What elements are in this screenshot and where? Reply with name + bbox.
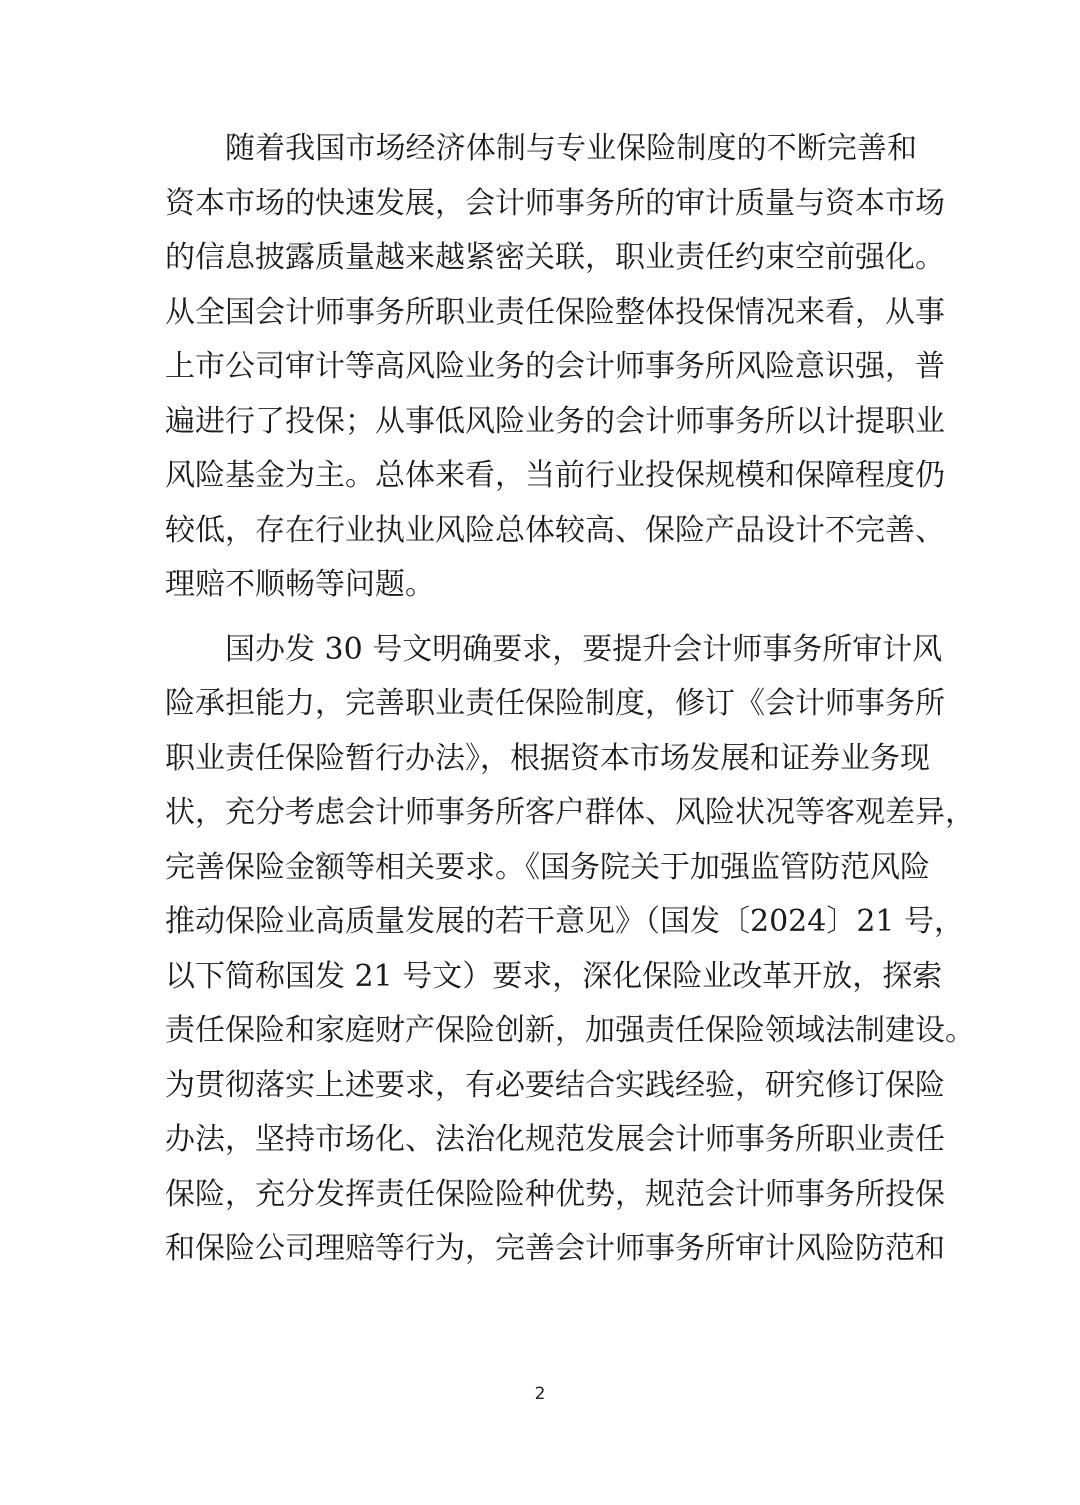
text-line: 较低，存在行业执业风险总体较高、保险产品设计不完善、	[165, 504, 917, 559]
text-line: 职业责任保险暂行办法》，根据资本市场发展和证券业务现	[165, 732, 917, 787]
text-line: 风险基金为主。总体来看，当前行业投保规模和保障程度仍	[165, 449, 917, 504]
text-line: 上市公司审计等高风险业务的会计师事务所风险意识强，普	[165, 340, 917, 395]
text-line: 和保险公司理赔等行为，完善会计师事务所审计风险防范和	[165, 1222, 917, 1277]
text-line: 随着我国市场经济体制与专业保险制度的不断完善和	[165, 122, 917, 177]
text-line: 以下简称国发 21 号文）要求，深化保险业改革开放，探索	[165, 950, 917, 1005]
text-line: 完善保险金额等相关要求。《国务院关于加强监管防范风险	[165, 841, 917, 896]
text-line: 的信息披露质量越来越紧密关联，职业责任约束空前强化。	[165, 231, 917, 286]
text-line: 状，充分考虑会计师事务所客户群体、风险状况等客观差异，	[165, 786, 917, 841]
text-line: 资本市场的快速发展，会计师事务所的审计质量与资本市场	[165, 177, 917, 232]
paragraph-1: 随着我国市场经济体制与专业保险制度的不断完善和 资本市场的快速发展，会计师事务所…	[165, 122, 917, 613]
text-line: 推动保险业高质量发展的若干意见》（国发〔2024〕21 号，	[165, 895, 917, 950]
text-line: 为贯彻落实上述要求，有必要结合实践经验，研究修订保险	[165, 1059, 917, 1114]
text-line: 保险，充分发挥责任保险险种优势，规范会计师事务所投保	[165, 1168, 917, 1223]
text-line: 险承担能力，完善职业责任保险制度，修订《会计师事务所	[165, 677, 917, 732]
paragraph-spacing	[165, 613, 917, 623]
text-line: 国办发 30 号文明确要求，要提升会计师事务所审计风	[165, 623, 917, 678]
text-line: 理赔不顺畅等问题。	[165, 558, 917, 613]
text-line: 办法，坚持市场化、法治化规范发展会计师事务所职业责任	[165, 1113, 917, 1168]
document-body: 随着我国市场经济体制与专业保险制度的不断完善和 资本市场的快速发展，会计师事务所…	[165, 122, 917, 1277]
text-line: 责任保险和家庭财产保险创新，加强责任保险领域法制建设。	[165, 1004, 917, 1059]
text-line: 遍进行了投保；从事低风险业务的会计师事务所以计提职业	[165, 395, 917, 450]
text-line: 从全国会计师事务所职业责任保险整体投保情况来看，从事	[165, 286, 917, 341]
paragraph-2: 国办发 30 号文明确要求，要提升会计师事务所审计风 险承担能力，完善职业责任保…	[165, 623, 917, 1277]
page-number: 2	[0, 1384, 1080, 1404]
